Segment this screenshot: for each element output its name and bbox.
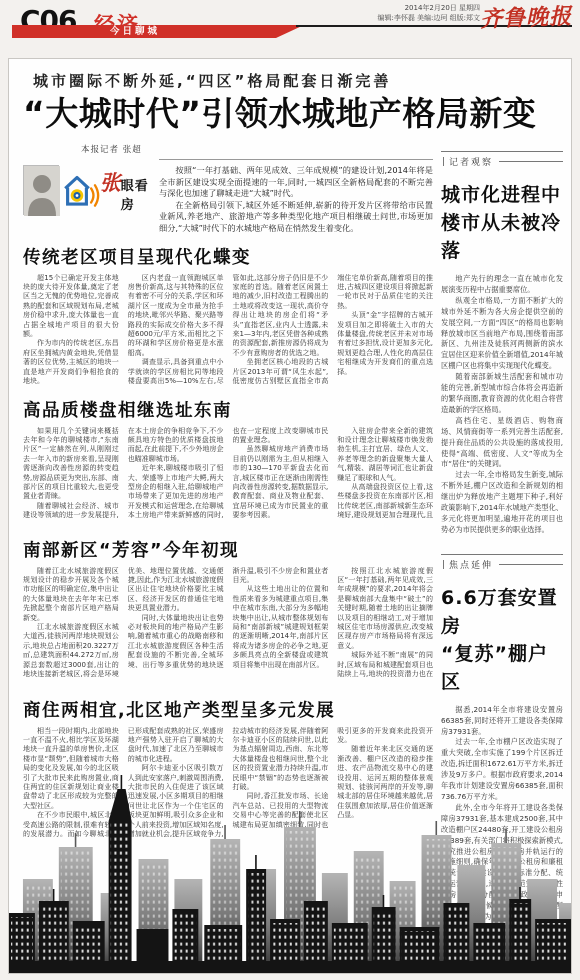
label-line (499, 564, 563, 565)
section-title: 商住两相宜,北区地产类型呈多元发展 (23, 697, 433, 722)
paragraph: 头顶“金”字招牌的古城开发项目加之即将破土入市的大体量楼盘,传统老区并未对市场有… (337, 311, 433, 377)
columnist-badge-title: 张 眼看房 (100, 167, 151, 213)
sidebar: 记者观察 城市化进程中 楼市从未被冷落 地产先行的理念一直在城市化发展演变历程中… (441, 151, 563, 944)
paragraph: 据悉,2014年全市将建设安置房66385套,同时还将开工建设各类保障房3793… (441, 705, 563, 738)
focus-label: 焦点延伸 (441, 554, 563, 571)
observer-title: 城市化进程中 楼市从未被冷落 (441, 181, 563, 265)
focus-title: 6.6万套安置房 “复苏”棚户区 (441, 584, 563, 696)
lead-paragraph: 按照“一年打基础、两年见成效、三年成规模”的建设计划,2014年将是全市新区建设… (159, 165, 433, 200)
section-body: 超15个已确定开发主体地块的庞大待开发体量,奠定了老区当之无愧的优势地位,完善成… (23, 274, 433, 388)
columnist-brand-rest: 眼看房 (121, 175, 151, 213)
edition-banner: 今日聊城 (12, 25, 304, 38)
focus-label-text: 焦点延伸 (449, 558, 493, 571)
label-line (499, 161, 563, 162)
publication-info: 2014年2月20日 星期四 编辑:李怀磊 美编:边珂 组版:郑文 (377, 4, 480, 23)
newspaper-logo: 齐鲁晚报 (479, 0, 572, 34)
lead-byline: 本报记者 张超 (81, 143, 433, 155)
sound-wave-icon (91, 188, 93, 202)
paragraph: 随着近年来北区交通的逐渐改善、棚户区改造的稳步推进、农产品物流交易中心的建设投用… (337, 745, 433, 820)
focus-title-line2: “复苏”棚户区 (441, 640, 563, 696)
section-body: 如果用几个关键词来概括去年和今年的聊城楼市,“东南片区”一定赫然在列,从刚刚过去… (23, 427, 433, 528)
section-body: 随着江北水城旅游度假区规划设计的稳步开展及各个城市功能区的明确定位,集中出让的大… (23, 567, 433, 688)
paragraph: 随着江北水城旅游度假区规划设计的稳步开展及各个城市功能区的明确定位,集中出让的大… (23, 567, 119, 623)
lead-paragraph: 在全新格局引领下,城区外延不断延伸,崭新的待开发片区将带给市民置业新风,养老地产… (159, 200, 433, 235)
paragraph: 随着南部新城生活配套和城市功能的完善,新型城市综合体将会再造新的繁华商圈,教育资… (441, 372, 563, 416)
focus-byline: 本报记者 张超 (441, 933, 563, 944)
observer-title-line2: 楼市从未被冷落 (441, 209, 563, 265)
observer-title-line1: 城市化进程中 (441, 181, 563, 209)
paragraph: 此外,全市今年将开工建设各类保障房37931套,基本建成2500套,其中改造棚户… (441, 803, 563, 923)
left-column-area: 本报记者 张超 (23, 143, 433, 845)
article-section-north-district: 商住两相宜,北区地产类型呈多元发展 相当一段时期内,北部地块一直不温不火,相比学… (23, 697, 433, 845)
lead-block: 张 眼看房 按照“一年打基础、两年见成效、三年成规模”的建设计划,2014年将是… (23, 159, 433, 235)
article-section-south-district: 南部新区“芳容”今年初现 随着江北水城旅游度假区规划设计的稳步开展及各个城市功能… (23, 537, 433, 688)
focus-title-line1: 6.6万套安置房 (441, 584, 563, 640)
paragraph: 过去一年,全市棚户区改造实现了重大突破,全市实施了199个片区拆迁改造,拆迁面积… (441, 737, 563, 802)
lead-text: 按照“一年打基础、两年见成效、三年成规模”的建设计划,2014年将是全市新区建设… (159, 159, 433, 235)
main-headline: “大城时代”引领水城地产格局新变 (23, 88, 563, 135)
paragraph: 从这些土地出让的位置和性质来看多为城建重点项目,集中在城市东南,大部分为多幅地块… (233, 585, 329, 670)
focus-body: 据悉,2014年全市将建设安置房66385套,同时还将开工建设各类保障房3793… (441, 705, 563, 923)
paragraph: 地产先行的理念一直在城市化发展演变历程中占据重要席位。 (441, 274, 563, 296)
observer-label: 记者观察 (441, 151, 563, 168)
person-icon (24, 166, 60, 216)
columnist-photo (23, 165, 59, 215)
section-title: 传统老区项目呈现代化蝶变 (23, 244, 433, 269)
observer-label-text: 记者观察 (449, 155, 493, 168)
paragraph: 如果用几个关键词来概括去年和今年的聊城楼市,“东南片区”一定赫然在列,从刚刚过去… (23, 427, 119, 502)
paragraph: 相当一段时期内,北部地块一直不温不火,相比学区及环湖地块一直升温的单房售价,北区… (23, 727, 119, 812)
article-section-old-town: 传统老区项目呈现代化蝶变 超15个已确定开发主体地块的庞大待开发体量,奠定了老区… (23, 244, 433, 388)
paragraph: 虽然聊城房地产消费市场目前仍以刚需为主,但从相继入市的130—170平新盘去化而… (233, 445, 329, 520)
label-tick (443, 157, 444, 166)
columnist-badge: 张 眼看房 (23, 159, 151, 221)
columnist-brand-first-char: 张 (100, 167, 121, 197)
section-body: 相当一段时期内,北部地块一直不温不火,相比学区及环湖地块一直升温的单房售价,北区… (23, 727, 433, 845)
staff-line: 编辑:李怀磊 美编:边珂 组版:郑文 (377, 14, 480, 24)
label-tick (443, 560, 444, 569)
paragraph: 过去一年,全市格局发生新变,城际不断外延,棚户区改造和全新规划的相继出炉为释放地… (441, 470, 563, 535)
date-line: 2014年2月20日 星期四 (377, 4, 480, 14)
paragraph: 纵观全市格局,一方面不断扩大的城市外延不断为各大房企提供空前的发展空间,一方面“… (441, 296, 563, 372)
masthead: C06 经济 今日聊城 2014年2月20日 星期四 编辑:李怀磊 美编:边珂 … (0, 0, 580, 56)
paragraph: 超15个已确定开发主体地块的庞大待开发体量,奠定了老区当之无愧的优势地位,完善成… (23, 274, 119, 340)
paragraph: 作为市内的传统老区,东昌府区坐拥城内黄金地块,凭借显著的区位优势,主城区的地块一… (23, 339, 119, 386)
page-frame: 城市圈际不断外延,“四区”格局配套日渐完善 “大城时代”引领水城地产格局新变 本… (8, 58, 572, 974)
article-section-southeast: 高品质楼盘相继选址东南 如果用几个关键词来概括去年和今年的聊城楼市,“东南片区”… (23, 397, 433, 528)
section-title: 南部新区“芳容”今年初现 (23, 537, 433, 562)
section-title: 高品质楼盘相继选址东南 (23, 397, 433, 422)
observer-body: 地产先行的理念一直在城市化发展演变历程中占据重要席位。 纵观全市格局,一方面不断… (441, 274, 563, 536)
paragraph: 区内老盘一直领跑城区单房售价新高,这与其特殊的区位有着密不可分的关系,学区和环湖… (128, 274, 224, 359)
paragraph: 入驻房企带来全新的建筑和设计理念让聊城楼市焕发勃勃生机,主打宜居、绿色人文、养老… (337, 427, 433, 483)
house-eye-icon (59, 165, 100, 215)
paragraph: 高档住宅、星级酒店、购物商场、风情商街等一系列完善生活配套,提升商住品质的公共设… (441, 416, 563, 471)
paragraph: 按照江北水城旅游度假区“一年打基础,两年见成效,三年成规模”的要求,2014年将… (337, 567, 433, 652)
